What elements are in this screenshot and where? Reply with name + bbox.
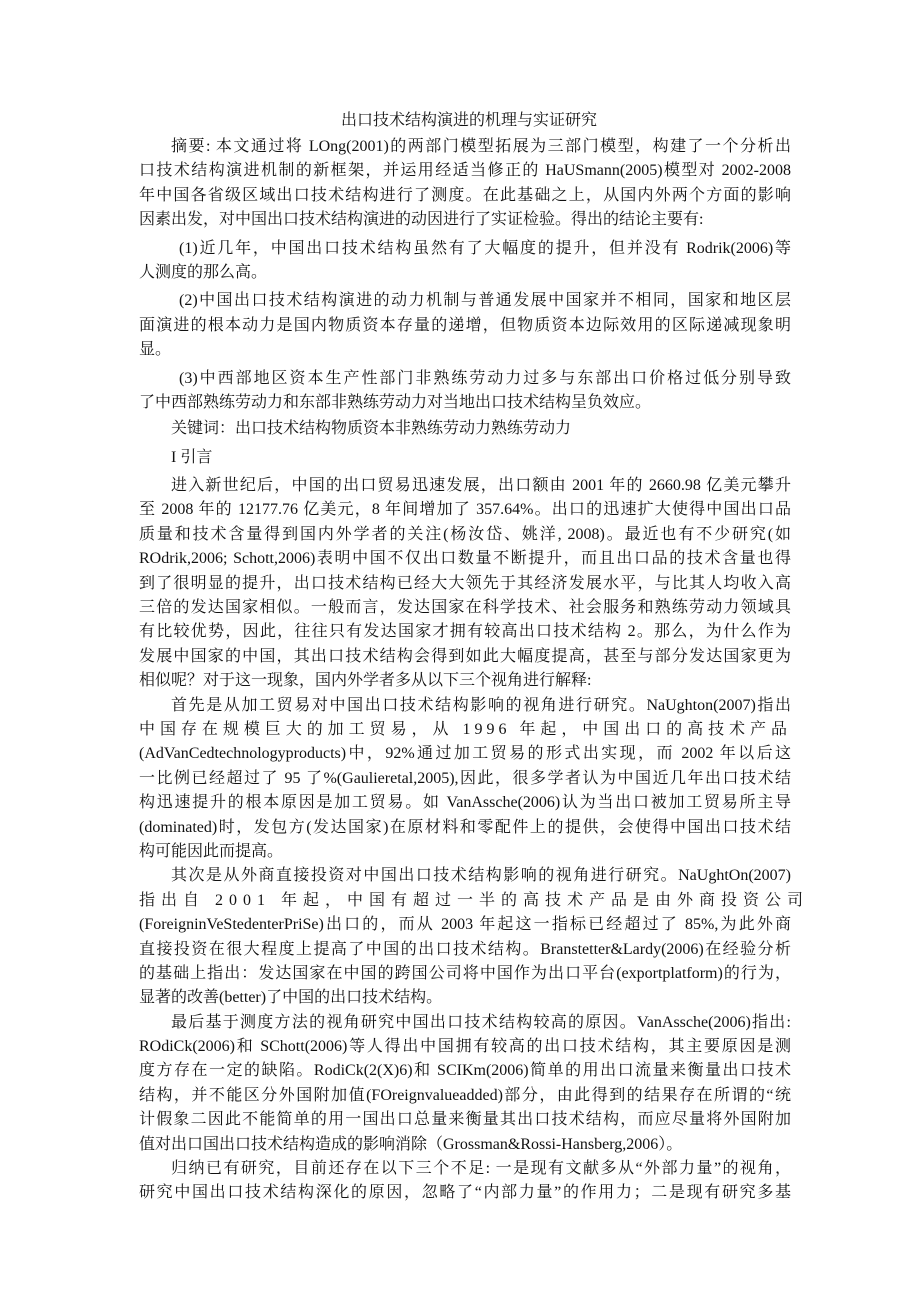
abstract-line: 口技术结构演进机制的新框架，并运用经适当修正的 HaUSmann(2005)模型… — [139, 159, 791, 183]
paragraph-line: (dominated)时，发包方(发达国家)在原材料和零配件上的提供，会使得中国… — [139, 816, 791, 840]
section-heading: I 引言 — [139, 446, 791, 470]
paragraph-line: 相似呢？对于这一现象，国内外学者多从以下三个视角进行解释: — [139, 669, 791, 693]
paragraph-line: 至 2008 年的 12177.76 亿美元，8 年间增加了 357.64%。出… — [139, 498, 791, 522]
paragraph-line: 最后基于测度方法的视角研究中国出口技术结构较高的原因。VanAssche(200… — [139, 1011, 791, 1035]
paragraph-line: 进入新世纪后，中国的出口贸易迅速发展，出口额由 2001 年的 2660.98 … — [139, 474, 791, 498]
document-page: 出口技术结构演进的机理与实证研究 摘要: 本文通过将 LOng(2001)的两部… — [139, 109, 791, 1206]
body-paragraph-2: 首先是从加工贸易对中国出口技术结构影响的视角进行研究。NaUghton(2007… — [139, 694, 791, 865]
paragraph-line: (AdVanCedtechnologyproducts)中，92%通过加工贸易的… — [139, 742, 791, 766]
body-paragraph-4: 最后基于测度方法的视角研究中国出口技术结构较高的原因。VanAssche(200… — [139, 1011, 791, 1157]
paragraph-line: ROdiCk(2006)和 SChott(2006)等人得出中国拥有较高的出口技… — [139, 1035, 791, 1059]
paragraph-line: 值对出口国出口技术结构造成的影响消除（Grossman&Rossi-Hansbe… — [139, 1133, 791, 1157]
conclusion-2: (2)中国出口技术结构演进的动力机制与普通发展中国家并不相同，国家和地区层 面演… — [139, 289, 791, 362]
paragraph-line: 三倍的发达国家相似。一般而言，发达国家在科学技术、社会服务和熟练劳动力领域具 — [139, 596, 791, 620]
abstract-line: 摘要: 本文通过将 LOng(2001)的两部门模型拓展为三部门模型，构建了一个… — [139, 135, 791, 159]
paragraph-line: 到了很明显的提升，出口技术结构已经大大领先于其经济发展水平，与比其人均收入高 — [139, 572, 791, 596]
paragraph-line: 的基础上指出：发达国家在中国的跨国公司将中国作为出口平台(exportplatf… — [139, 962, 791, 986]
conclusion-line: 面演进的根本动力是国内物质资本存量的递增，但物质资本边际效用的区际递减现象明 — [139, 314, 791, 338]
paragraph-line: 直接投资在很大程度上提高了中国的出口技术结构。Branstetter&Lardy… — [139, 938, 791, 962]
paragraph-line: 其次是从外商直接投资对中国出口技术结构影响的视角进行研究。NaUghtOn(20… — [139, 864, 791, 888]
paragraph-line: 发展中国家的中国，其出口技术结构会得到如此大幅度提高，甚至与部分发达国家更为 — [139, 645, 791, 669]
conclusion-line: 显。 — [139, 338, 791, 362]
conclusion-line: 人测度的那么高。 — [139, 261, 791, 285]
abstract-line: 年中国各省级区域出口技术结构进行了测度。在此基础之上，从国内外两个方面的影响 — [139, 184, 791, 208]
body-paragraph-3: 其次是从外商直接投资对中国出口技术结构影响的视角进行研究。NaUghtOn(20… — [139, 864, 791, 1010]
paragraph-line: 度方存在一定的缺陷。RodiCk(2(X)6)和 SCIKm(2006)简单的用… — [139, 1059, 791, 1083]
paragraph-line: ROdrik,2006; Schott,2006)表明中国不仅出口数量不断提升，… — [139, 547, 791, 571]
paragraph-line: 显著的改善(better)了中国的出口技术结构。 — [139, 986, 791, 1010]
paragraph-line: 指出自 2001 年起，中国有超过一半的高技术产品是由外商投资公司 — [139, 889, 791, 913]
paragraph-line: 构迅速提升的根本原因是加工贸易。如 VanAssche(2006)认为当出口被加… — [139, 791, 791, 815]
paragraph-line: 有比较优势，因此，往往只有发达国家才拥有较高出口技术结构 2。那么，为什么作为 — [139, 620, 791, 644]
paragraph-line: 计假象二因此不能简单的用一国出口总量来衡量其出口技术结构，而应尽量将外国附加 — [139, 1108, 791, 1132]
paragraph-line: 归纳已有研究，目前还存在以下三个不足: 一是现有文献多从“外部力量”的视角， — [139, 1157, 791, 1181]
abstract-line: 因素出发，对中国出口技术结构演进的动因进行了实证检验。得出的结论主要有: — [139, 208, 791, 232]
document-title: 出口技术结构演进的机理与实证研究 — [147, 109, 791, 133]
conclusion-line: (3)中西部地区资本生产性部门非熟练劳动力过多与东部出口价格过低分别导致 — [139, 367, 791, 391]
body-paragraph-1: 进入新世纪后，中国的出口贸易迅速发展，出口额由 2001 年的 2660.98 … — [139, 474, 791, 694]
paragraph-line: 首先是从加工贸易对中国出口技术结构影响的视角进行研究。NaUghton(2007… — [139, 694, 791, 718]
abstract: 摘要: 本文通过将 LOng(2001)的两部门模型拓展为三部门模型，构建了一个… — [139, 135, 791, 233]
conclusion-3: (3)中西部地区资本生产性部门非熟练劳动力过多与东部出口价格过低分别导致 了中西… — [139, 367, 791, 416]
paragraph-line: (ForeigninVeStedenterPriSe)出口的，而从 2003 年… — [139, 913, 791, 937]
paragraph-line: 结构，并不能区分外国附加值(FOreignvalueadded)部分，由此得到的… — [139, 1084, 791, 1108]
conclusion-1: (1)近几年，中国出口技术结构虽然有了大幅度的提升，但并没有 Rodrik(20… — [139, 237, 791, 286]
keywords: 关键词：出口技术结构物质资本非熟练劳动力熟练劳动力 — [139, 417, 791, 441]
paragraph-line: 研究中国出口技术结构深化的原因，忽略了“内部力量”的作用力；二是现有研究多基 — [139, 1181, 791, 1205]
paragraph-line: 构可能因此而提高。 — [139, 840, 791, 864]
conclusion-line: (2)中国出口技术结构演进的动力机制与普通发展中国家并不相同，国家和地区层 — [139, 289, 791, 313]
paragraph-line: 一比例已经超过了 95 了%(Gaulieretal,2005),因此，很多学者… — [139, 767, 791, 791]
conclusion-line: 了中西部熟练劳动力和东部非熟练劳动力对当地出口技术结构呈负效应。 — [139, 391, 791, 415]
body-paragraph-5: 归纳已有研究，目前还存在以下三个不足: 一是现有文献多从“外部力量”的视角， 研… — [139, 1157, 791, 1206]
paragraph-line: 质量和技术含量得到国内外学者的关注(杨汝岱、姚洋, 2008)。最近也有不少研究… — [139, 523, 791, 547]
conclusion-line: (1)近几年，中国出口技术结构虽然有了大幅度的提升，但并没有 Rodrik(20… — [139, 237, 791, 261]
paragraph-line: 中国存在规模巨大的加工贸易，从 1996 年起，中国出口的高技术产品 — [139, 718, 791, 742]
